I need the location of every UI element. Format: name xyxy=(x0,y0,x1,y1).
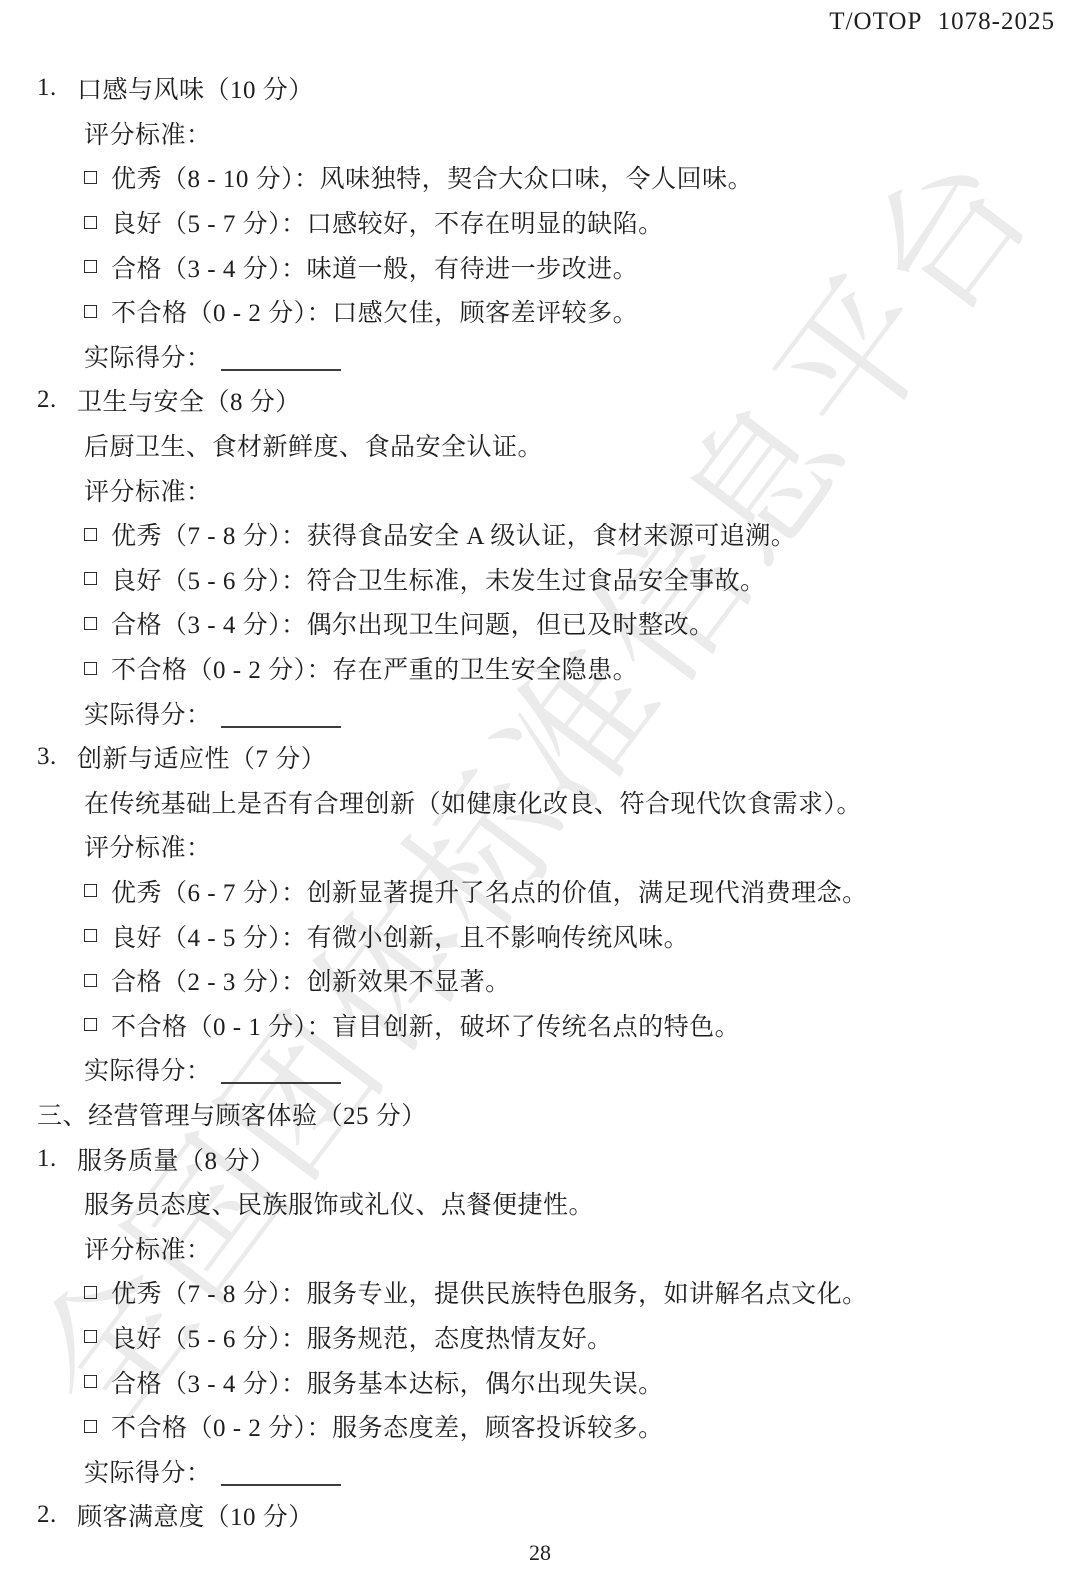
checkbox-icon xyxy=(84,572,97,585)
checkbox-icon xyxy=(84,617,97,630)
criteria-option-line: 良好（4 - 5 分）：有微小创新，且不影响传统风味。 xyxy=(0,913,1080,958)
checkbox-icon xyxy=(84,216,97,229)
line-text: 合格（2 - 3 分）：创新效果不显著。 xyxy=(111,962,511,998)
score-blank-line xyxy=(221,1454,341,1486)
line-text: 创新与适应性（7 分） xyxy=(77,739,326,775)
line-text: 服务员态度、民族服饰或礼仪、点餐便捷性。 xyxy=(84,1185,594,1221)
numbered-item-title: 1.服务质量（8 分） xyxy=(0,1136,1080,1181)
numbered-item-title: 2.卫生与安全（8 分） xyxy=(0,378,1080,423)
line-text: 合格（3 - 4 分）：服务基本达标，偶尔出现失误。 xyxy=(111,1364,664,1400)
score-blank-line xyxy=(221,696,341,728)
checkbox-icon xyxy=(84,260,97,273)
numbered-item-title: 3.创新与适应性（7 分） xyxy=(0,735,1080,780)
line-text: 评分标准： xyxy=(84,115,212,151)
score-blank-line xyxy=(221,339,341,371)
score-label: 实际得分： xyxy=(84,1051,212,1087)
criteria-option-line: 良好（5 - 7 分）：口感较好，不存在明显的缺陷。 xyxy=(0,200,1080,245)
score-field-line: 实际得分： xyxy=(0,690,1080,735)
line-text: 口感与风味（10 分） xyxy=(77,70,314,106)
line-text: 良好（4 - 5 分）：有微小创新，且不影响传统风味。 xyxy=(111,918,689,954)
line-text: 良好（5 - 7 分）：口感较好，不存在明显的缺陷。 xyxy=(111,204,664,240)
criteria-option-line: 不合格（0 - 1 分）：盲目创新，破坏了传统名点的特色。 xyxy=(0,1002,1080,1047)
criteria-option-line: 不合格（0 - 2 分）：口感欠佳，顾客差评较多。 xyxy=(0,289,1080,334)
score-field-line: 实际得分： xyxy=(0,334,1080,379)
line-text: 评分标准： xyxy=(84,1230,212,1266)
checkbox-icon xyxy=(84,1286,97,1299)
numbered-item-title: 1.口感与风味（10 分） xyxy=(0,66,1080,111)
criteria-option-line: 合格（3 - 4 分）：味道一般，有待进一步改进。 xyxy=(0,244,1080,289)
checkbox-icon xyxy=(84,929,97,942)
document-body: 1.口感与风味（10 分）评分标准：优秀（8 - 10 分）：风味独特，契合大众… xyxy=(0,66,1080,1538)
body-text-line: 评分标准： xyxy=(0,111,1080,156)
score-label: 实际得分： xyxy=(84,1453,212,1489)
checkbox-icon xyxy=(84,884,97,897)
checkbox-icon xyxy=(84,305,97,318)
checkbox-icon xyxy=(84,171,97,184)
checkbox-icon xyxy=(84,1420,97,1433)
score-label: 实际得分： xyxy=(84,338,212,374)
criteria-option-line: 良好（5 - 6 分）：符合卫生标准，未发生过食品安全事故。 xyxy=(0,557,1080,602)
item-number: 2. xyxy=(37,1501,77,1529)
criteria-option-line: 合格（3 - 4 分）：服务基本达标，偶尔出现失误。 xyxy=(0,1359,1080,1404)
line-text: 优秀（7 - 8 分）：服务专业，提供民族特色服务，如讲解名点文化。 xyxy=(111,1274,868,1310)
line-text: 良好（5 - 6 分）：服务规范，态度热情友好。 xyxy=(111,1319,613,1355)
checkbox-icon xyxy=(84,1018,97,1031)
line-text: 顾客满意度（10 分） xyxy=(77,1497,314,1533)
item-number: 2. xyxy=(37,386,77,414)
line-text: 在传统基础上是否有合理创新（如健康化改良、符合现代饮食需求）。 xyxy=(84,784,862,820)
line-text: 良好（5 - 6 分）：符合卫生标准，未发生过食品安全事故。 xyxy=(111,561,766,597)
body-text-line: 评分标准： xyxy=(0,1225,1080,1270)
checkbox-icon xyxy=(84,662,97,675)
line-text: 不合格（0 - 1 分）：盲目创新，破坏了传统名点的特色。 xyxy=(111,1007,740,1043)
criteria-option-line: 优秀（7 - 8 分）：获得食品安全 A 级认证，食材来源可追溯。 xyxy=(0,512,1080,557)
section-heading: 三、经营管理与顾客体验（25 分） xyxy=(0,1092,1080,1137)
criteria-option-line: 优秀（6 - 7 分）：创新显著提升了名点的价值，满足现代消费理念。 xyxy=(0,869,1080,914)
page-number: 28 xyxy=(0,1540,1080,1566)
line-text: 优秀（7 - 8 分）：获得食品安全 A 级认证，食材来源可追溯。 xyxy=(111,516,796,552)
line-text: 合格（3 - 4 分）：偶尔出现卫生问题，但已及时整改。 xyxy=(111,605,715,641)
line-text: 优秀（8 - 10 分）：风味独特，契合大众口味，令人回味。 xyxy=(111,159,753,195)
line-text: 服务质量（8 分） xyxy=(77,1141,275,1177)
document-page: 全国团体标准信息平台 T/OTOP 1078-2025 1.口感与风味（10 分… xyxy=(0,0,1080,1574)
item-number: 1. xyxy=(37,1145,77,1173)
criteria-option-line: 优秀（7 - 8 分）：服务专业，提供民族特色服务，如讲解名点文化。 xyxy=(0,1270,1080,1315)
body-text-line: 后厨卫生、食材新鲜度、食品安全认证。 xyxy=(0,423,1080,468)
line-text: 评分标准： xyxy=(84,472,212,508)
score-field-line: 实际得分： xyxy=(0,1448,1080,1493)
checkbox-icon xyxy=(84,528,97,541)
score-label: 实际得分： xyxy=(84,695,212,731)
criteria-option-line: 良好（5 - 6 分）：服务规范，态度热情友好。 xyxy=(0,1315,1080,1360)
line-text: 卫生与安全（8 分） xyxy=(77,382,301,418)
numbered-item-title: 2.顾客满意度（10 分） xyxy=(0,1493,1080,1538)
checkbox-icon xyxy=(84,1330,97,1343)
checkbox-icon xyxy=(84,974,97,987)
line-text: 不合格（0 - 2 分）：口感欠佳，顾客差评较多。 xyxy=(111,293,638,329)
criteria-option-line: 合格（2 - 3 分）：创新效果不显著。 xyxy=(0,958,1080,1003)
score-field-line: 实际得分： xyxy=(0,1047,1080,1092)
body-text-line: 在传统基础上是否有合理创新（如健康化改良、符合现代饮食需求）。 xyxy=(0,780,1080,825)
body-text-line: 评分标准： xyxy=(0,467,1080,512)
standard-code: T/OTOP 1078-2025 xyxy=(829,8,1055,36)
item-number: 1. xyxy=(37,74,77,102)
checkbox-icon xyxy=(84,1375,97,1388)
criteria-option-line: 不合格（0 - 2 分）：存在严重的卫生安全隐患。 xyxy=(0,646,1080,691)
line-text: 后厨卫生、食材新鲜度、食品安全认证。 xyxy=(84,427,543,463)
criteria-option-line: 不合格（0 - 2 分）：服务态度差，顾客投诉较多。 xyxy=(0,1404,1080,1449)
line-text: 三、经营管理与顾客体验（25 分） xyxy=(37,1096,427,1132)
body-text-line: 服务员态度、民族服饰或礼仪、点餐便捷性。 xyxy=(0,1181,1080,1226)
item-number: 3. xyxy=(37,743,77,771)
line-text: 不合格（0 - 2 分）：存在严重的卫生安全隐患。 xyxy=(111,650,638,686)
line-text: 优秀（6 - 7 分）：创新显著提升了名点的价值，满足现代消费理念。 xyxy=(111,873,868,909)
line-text: 评分标准： xyxy=(84,828,212,864)
line-text: 合格（3 - 4 分）：味道一般，有待进一步改进。 xyxy=(111,249,638,285)
line-text: 不合格（0 - 2 分）：服务态度差，顾客投诉较多。 xyxy=(111,1408,664,1444)
criteria-option-line: 优秀（8 - 10 分）：风味独特，契合大众口味，令人回味。 xyxy=(0,155,1080,200)
score-blank-line xyxy=(221,1052,341,1084)
body-text-line: 评分标准： xyxy=(0,824,1080,869)
criteria-option-line: 合格（3 - 4 分）：偶尔出现卫生问题，但已及时整改。 xyxy=(0,601,1080,646)
